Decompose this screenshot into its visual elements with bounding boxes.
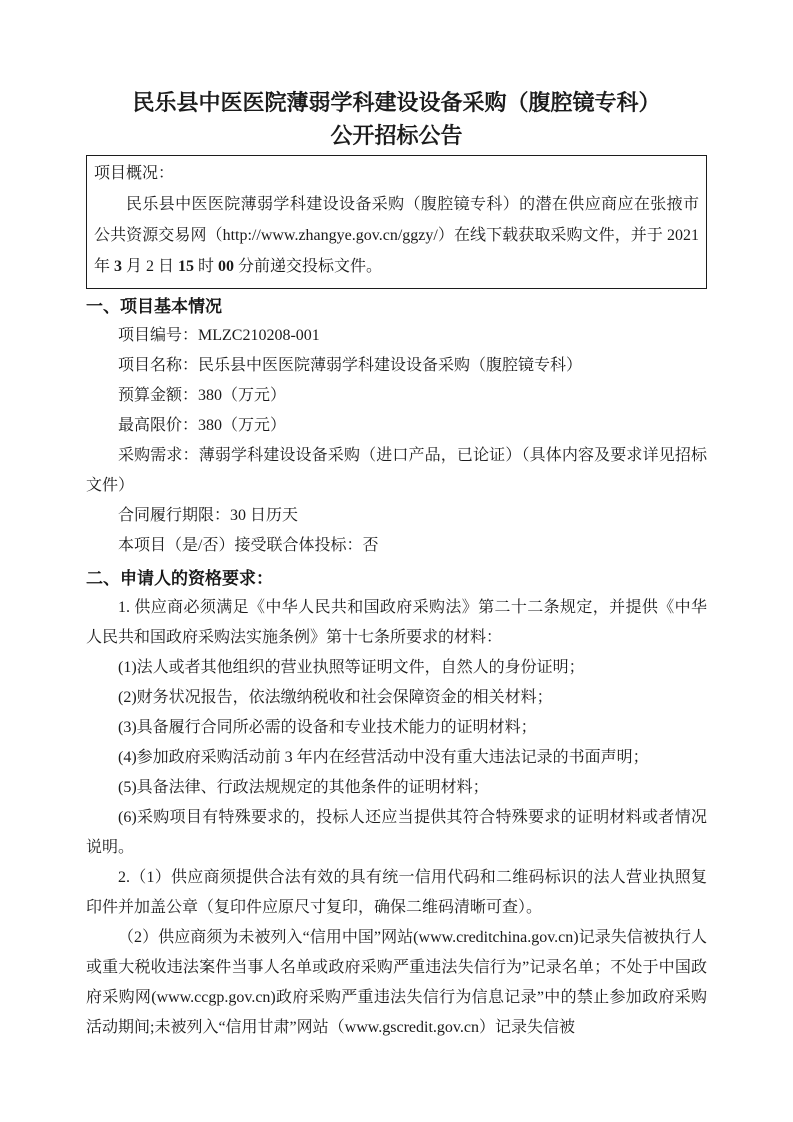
document-title-line1: 民乐县中医医院薄弱学科建设设备采购（腹腔镜专科） (86, 86, 707, 119)
overview-label: 项目概况： (94, 158, 699, 189)
overview-paragraph: 民乐县中医医院薄弱学科建设设备采购（腹腔镜专科）的潜在供应商应在张掖市公共资源交… (94, 189, 699, 282)
deadline-month: 3 (114, 258, 122, 275)
project-number-line: 项目编号：MLZC210208-001 (86, 321, 707, 351)
project-name-line: 项目名称：民乐县中医医院薄弱学科建设设备采购（腹腔镜专科） (86, 351, 707, 381)
max-price-line: 最高限价：380（万元） (86, 411, 707, 441)
section2-heading: 二、申请人的资格要求： (86, 564, 707, 593)
requirement-2-item2: （2）供应商须为未被列入“信用中国”网站(www.creditchina.gov… (86, 923, 707, 1043)
budget-amount-line: 预算金额：380（万元） (86, 381, 707, 411)
procurement-demand-line: 采购需求：薄弱学科建设设备采购（进口产品，已论证）（具体内容及要求详见招标文件） (86, 441, 707, 501)
deadline-minute: 00 (218, 258, 234, 275)
requirement-1: 1. 供应商必须满足《中华人民共和国政府采购法》第二十二条规定，并提供《中华人民… (86, 593, 707, 653)
requirement-1-item3: (3)具备履行合同所必需的设备和专业技术能力的证明材料； (86, 713, 707, 743)
overview-text-2: 月 2 日 (122, 258, 178, 275)
project-overview-box: 项目概况： 民乐县中医医院薄弱学科建设设备采购（腹腔镜专科）的潜在供应商应在张掖… (86, 155, 707, 289)
deadline-hour: 15 (178, 258, 194, 275)
overview-text-4: 分前递交投标文件。 (234, 258, 382, 275)
requirement-1-item5: (5)具备法律、行政法规规定的其他条件的证明材料； (86, 773, 707, 803)
requirement-1-item6: (6)采购项目有特殊要求的，投标人还应当提供其符合特殊要求的证明材料或者情况说明… (86, 803, 707, 863)
document-page: 民乐县中医医院薄弱学科建设设备采购（腹腔镜专科） 公开招标公告 项目概况： 民乐… (0, 0, 793, 1122)
document-title-line2: 公开招标公告 (86, 119, 707, 152)
requirement-2-item1: 2.（1）供应商须提供合法有效的具有统一信用代码和二维码标识的法人营业执照复印件… (86, 863, 707, 923)
document-title: 民乐县中医医院薄弱学科建设设备采购（腹腔镜专科） 公开招标公告 (86, 86, 707, 152)
requirement-1-item4: (4)参加政府采购活动前 3 年内在经营活动中没有重大违法记录的书面声明； (86, 743, 707, 773)
contract-period-line: 合同履行期限：30 日历天 (86, 501, 707, 531)
requirement-1-item1: (1)法人或者其他组织的营业执照等证明文件，自然人的身份证明； (86, 653, 707, 683)
section1-heading: 一、项目基本情况 (86, 292, 707, 321)
overview-text-3: 时 (194, 258, 218, 275)
requirement-1-item2: (2)财务状况报告，依法缴纳税收和社会保障资金的相关材料； (86, 683, 707, 713)
consortium-bid-line: 本项目（是/否）接受联合体投标：否 (86, 531, 707, 561)
